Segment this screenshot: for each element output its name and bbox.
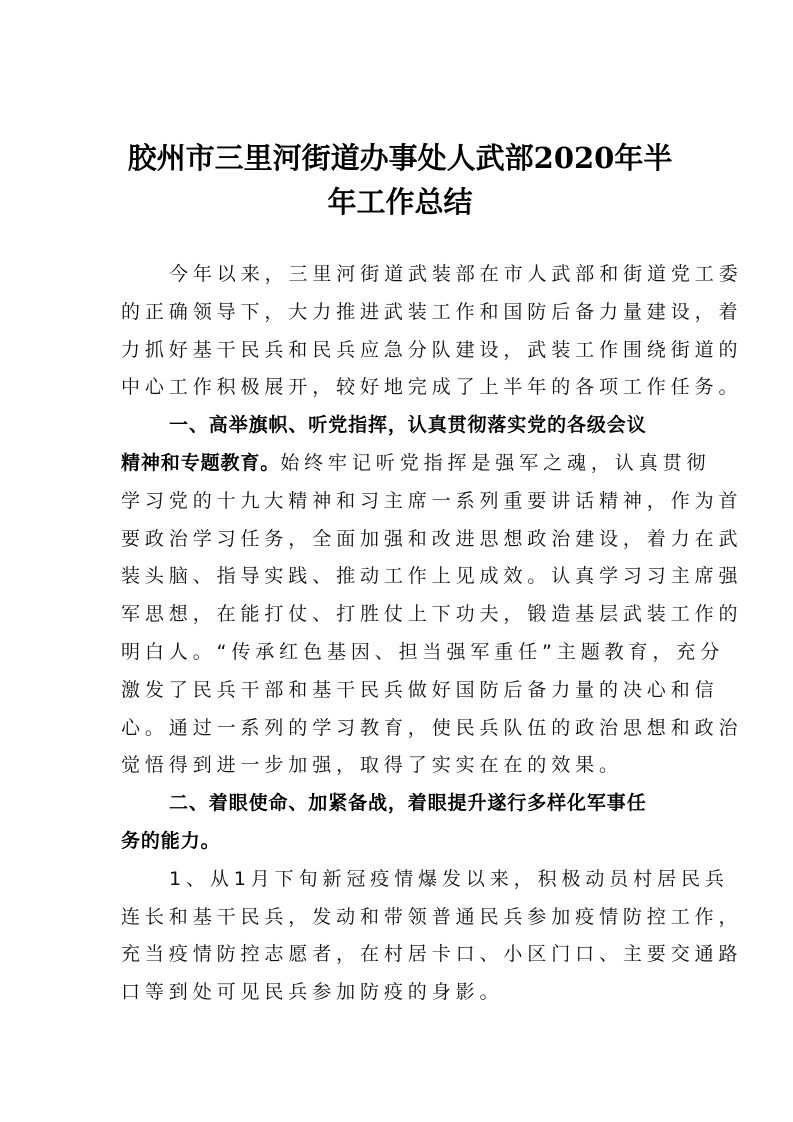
text-line: 中心工作积极展开，较好地完成了上半年的各项工作任务。 bbox=[121, 369, 677, 407]
text-line: 心。通过一系列的学习教育，使民兵队伍的政治思想和政治 bbox=[121, 710, 677, 748]
section-2-heading: 二、着眼使命、加紧备战，着眼提升遂行多样化军事任 务的能力。 bbox=[121, 785, 677, 861]
text-line: 要政治学习任务，全面加强和改进思想政治建设，着力在武 bbox=[121, 521, 677, 559]
text-line: 力抓好基干民兵和民兵应急分队建设，武装工作围绕街道的 bbox=[121, 332, 677, 370]
document-title: 胶州市三里河街道办事处人武部2020年半 年工作总结 bbox=[100, 136, 700, 224]
section-1-paragraph: 一、高举旗帜、听党指挥，认真贯彻落实党的各级会议 精神和专题教育。始终牢记听党指… bbox=[121, 407, 677, 785]
heading-line: 二、着眼使命、加紧备战，着眼提升遂行多样化军事任 bbox=[121, 785, 677, 823]
text-line: 明白人。“传承红色基因、担当强军重任”主题教育，充分 bbox=[121, 634, 677, 672]
document-page: 胶州市三里河街道办事处人武部2020年半 年工作总结 今年以来，三里河街道武装部… bbox=[0, 0, 793, 1122]
section-1-text-start: 始终牢记听党指挥是强军之魂，认真贯彻 bbox=[280, 452, 710, 474]
title-line-2: 年工作总结 bbox=[100, 180, 700, 224]
text-line: 军思想，在能打仗、打胜仗上下功夫，锻造基层武装工作的 bbox=[121, 596, 677, 634]
intro-paragraph: 今年以来，三里河街道武装部在市人武部和街道党工委 的正确领导下，大力推进武装工作… bbox=[121, 256, 677, 407]
text-line: 1、从1月下旬新冠疫情爆发以来，积极动员村居民兵 bbox=[121, 861, 677, 899]
text-line: 今年以来，三里河街道武装部在市人武部和街道党工委 bbox=[121, 256, 677, 294]
text-line: 的正确领导下，大力推进武装工作和国防后备力量建设，着 bbox=[121, 294, 677, 332]
text-line: 装头脑、指导实践、推动工作上见成效。认真学习习主席强 bbox=[121, 558, 677, 596]
text-line: 连长和基干民兵，发动和带领普通民兵参加疫情防控工作， bbox=[121, 899, 677, 937]
item-1-paragraph: 1、从1月下旬新冠疫情爆发以来，积极动员村居民兵 连长和基干民兵，发动和带领普通… bbox=[121, 861, 677, 1012]
text-line: 觉悟得到进一步加强，取得了实实在在的效果。 bbox=[121, 747, 677, 785]
heading-line: 务的能力。 bbox=[121, 823, 677, 861]
text-line: 激发了民兵干部和基干民兵做好国防后备力量的决心和信 bbox=[121, 672, 677, 710]
text-line: 学习党的十九大精神和习主席一系列重要讲话精神，作为首 bbox=[121, 483, 677, 521]
title-line-1: 胶州市三里河街道办事处人武部2020年半 bbox=[100, 136, 700, 180]
text-line: 精神和专题教育。始终牢记听党指挥是强军之魂，认真贯彻 bbox=[121, 445, 677, 483]
section-1-heading-end: 精神和专题教育。 bbox=[121, 452, 280, 474]
document-body: 今年以来，三里河街道武装部在市人武部和街道党工委 的正确领导下，大力推进武装工作… bbox=[121, 256, 677, 1012]
section-1-heading: 一、高举旗帜、听党指挥，认真贯彻落实党的各级会议 bbox=[121, 407, 677, 445]
text-line: 充当疫情防控志愿者，在村居卡口、小区门口、主要交通路 bbox=[121, 936, 677, 974]
text-line: 口等到处可见民兵参加防疫的身影。 bbox=[121, 974, 677, 1012]
